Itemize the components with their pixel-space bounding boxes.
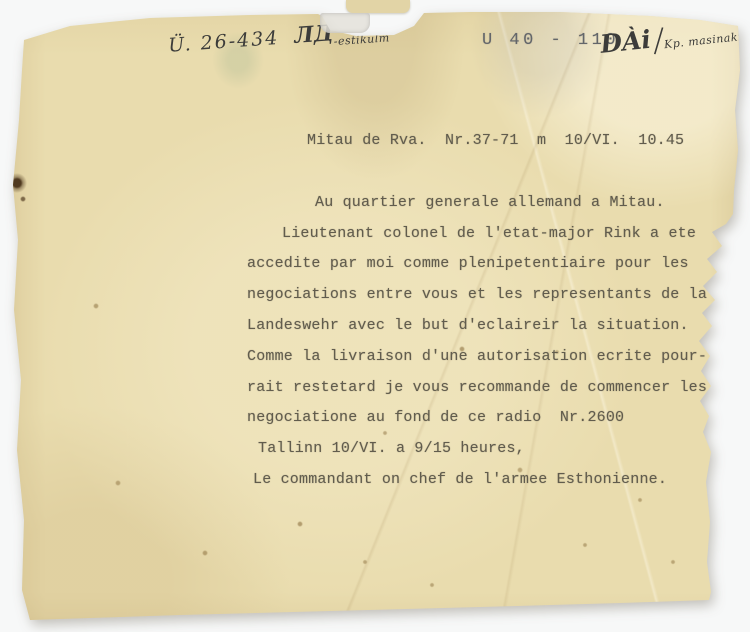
telegram-paper: Ü. 26-434 ЛД-estikulm U 40 - 110 DÀi/Kp.…: [0, 0, 750, 632]
telegram-line: Comme la livraison d'une autorisation ec…: [247, 342, 707, 373]
telegram-line: Lieutenant colonel de l'etat-major Rink …: [282, 219, 707, 250]
telegram-line: Au quartier generale allemand a Mitau.: [315, 188, 707, 219]
telegram-line: rait restetard je vous recommande de com…: [247, 373, 707, 404]
telegram-signature-line: Le commandant on chef de l'armee Esthoni…: [253, 465, 707, 496]
telegram-line: Landeswehr avec le but d'eclaireir la si…: [247, 311, 707, 342]
telegram-line: negociations entre vous et les represent…: [247, 280, 707, 311]
torn-paper-flap: [346, 0, 410, 13]
telegram-header-line: Mitau de Rva. Nr.37-71 m 10/VI. 10.45: [307, 126, 707, 157]
archive-script: -estikulm: [333, 31, 390, 48]
scan-background: Ü. 26-434 ЛД-estikulm U 40 - 110 DÀi/Kp.…: [0, 0, 750, 632]
telegram-dateline: Tallinn 10/VI. a 9/15 heures,: [258, 434, 707, 465]
typist-initials: DÀi: [599, 25, 652, 59]
telegram-body: Mitau de Rva. Nr.37-71 m 10/VI. 10.45 Au…: [247, 126, 707, 496]
handwritten-typist-note: DÀi/Kp. masinakiri: [599, 14, 750, 59]
telegram-paper-wrap: Ü. 26-434 ЛД-estikulm U 40 - 110 DÀi/Kp.…: [0, 0, 750, 632]
separator-stroke: /: [654, 19, 662, 60]
archive-number: Ü. 26-434: [168, 27, 280, 57]
telegram-line: accedite par moi comme plenipetentiaire …: [247, 249, 707, 280]
typist-script: Kp. masinakiri: [663, 29, 750, 51]
tape-remnant: [320, 13, 370, 33]
telegram-line: negociatione au fond de ce radio Nr.2600: [247, 403, 707, 434]
